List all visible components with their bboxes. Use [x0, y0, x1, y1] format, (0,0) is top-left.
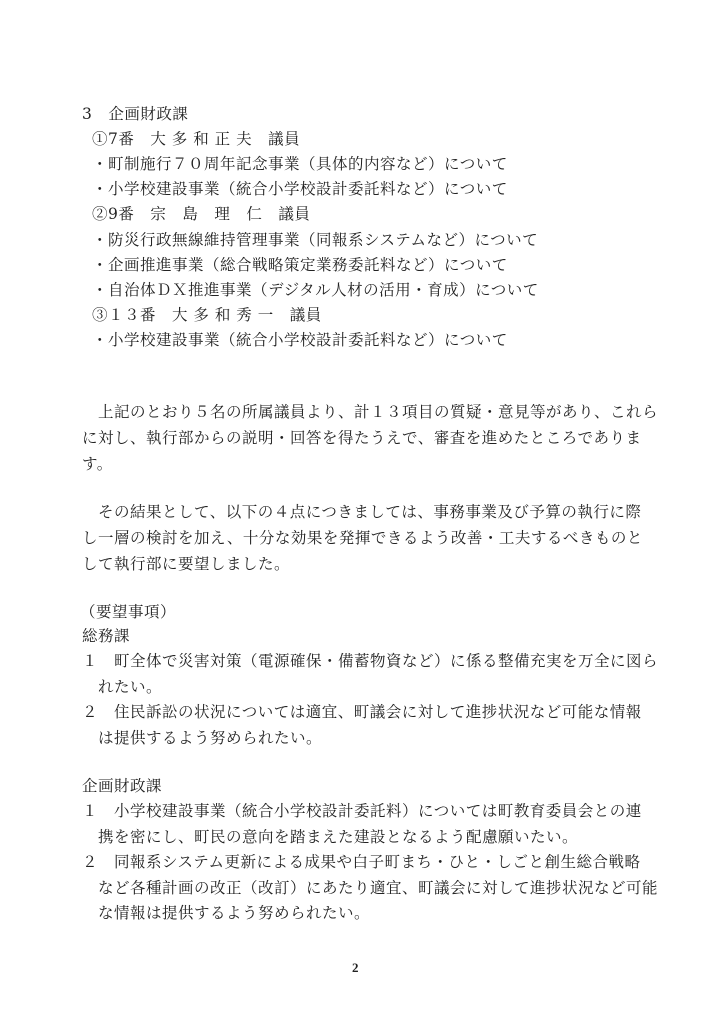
paragraph-line: し一層の検討を加え、十分な効果を発揮できるよう改善・工夫するべきものと — [82, 528, 643, 548]
member-item: ・企画推進事業（総合戦略策定業務委託料など）について — [92, 255, 508, 275]
request-line: ２ 住民訴訟の状況については適宜、町議会に対して進捗状況など可能な情報 — [82, 702, 642, 722]
request-line: など各種計画の改正（改訂）にあたり適宜、町議会に対して進捗状況など可能 — [82, 878, 658, 898]
member-label: ③１３番 大 多 和 秀 一 議員 — [92, 305, 322, 325]
paragraph-line: 上記のとおり５名の所属議員より、計１３項目の質疑・意見等があり、これら — [82, 402, 658, 422]
member-item: ・自治体ＤＸ推進事業（デジタル人材の活用・育成）について — [92, 280, 539, 300]
request-line: １ 町全体で災害対策（電源確保・備蓄物資など）に係る整備充実を万全に図ら — [82, 651, 658, 671]
request-line: １ 小学校建設事業（統合小学校設計委託料）については町教育委員会との連 — [82, 801, 642, 821]
paragraph-line: す。 — [82, 454, 113, 474]
paragraph-line: に対し、執行部からの説明・回答を得たうえで、審査を進めたところでありま — [82, 428, 642, 448]
section-heading: 3 企画財政課 — [82, 104, 188, 124]
request-line: ２ 同報系システム更新による成果や白子町まち・ひと・しごと創生総合戦略 — [82, 852, 640, 872]
request-line: な情報は提供するよう努められたい。 — [82, 903, 370, 923]
requests-heading: （要望事項） — [80, 602, 176, 622]
member-item: ・町制施行７０周年記念事業（具体的内容など）について — [92, 154, 508, 174]
page-number: 2 — [352, 960, 359, 976]
member-label: ①7番 大 多 和 正 夫 議員 — [92, 129, 300, 149]
paragraph-line: して執行部に要望しました。 — [82, 554, 290, 574]
request-line: れたい。 — [82, 677, 162, 697]
request-line: は提供するよう努められたい。 — [82, 728, 322, 748]
paragraph-line: その結果として、以下の４点につきましては、事務事業及び予算の執行に際 — [82, 502, 641, 522]
member-item: ・小学校建設事業（統合小学校設計委託料など）について — [92, 330, 508, 350]
request-line: 携を密にし、町民の意向を踏まえた建設となるよう配慮願いたい。 — [82, 827, 578, 847]
member-item: ・防災行政無線維持管理事業（同報系システムなど）について — [92, 230, 538, 250]
dept-heading: 企画財政課 — [82, 776, 162, 796]
dept-heading: 総務課 — [82, 626, 130, 646]
member-label: ②9番 宗 島 理 仁 議員 — [92, 204, 310, 224]
member-item: ・小学校建設事業（統合小学校設計委託料など）について — [92, 179, 508, 199]
